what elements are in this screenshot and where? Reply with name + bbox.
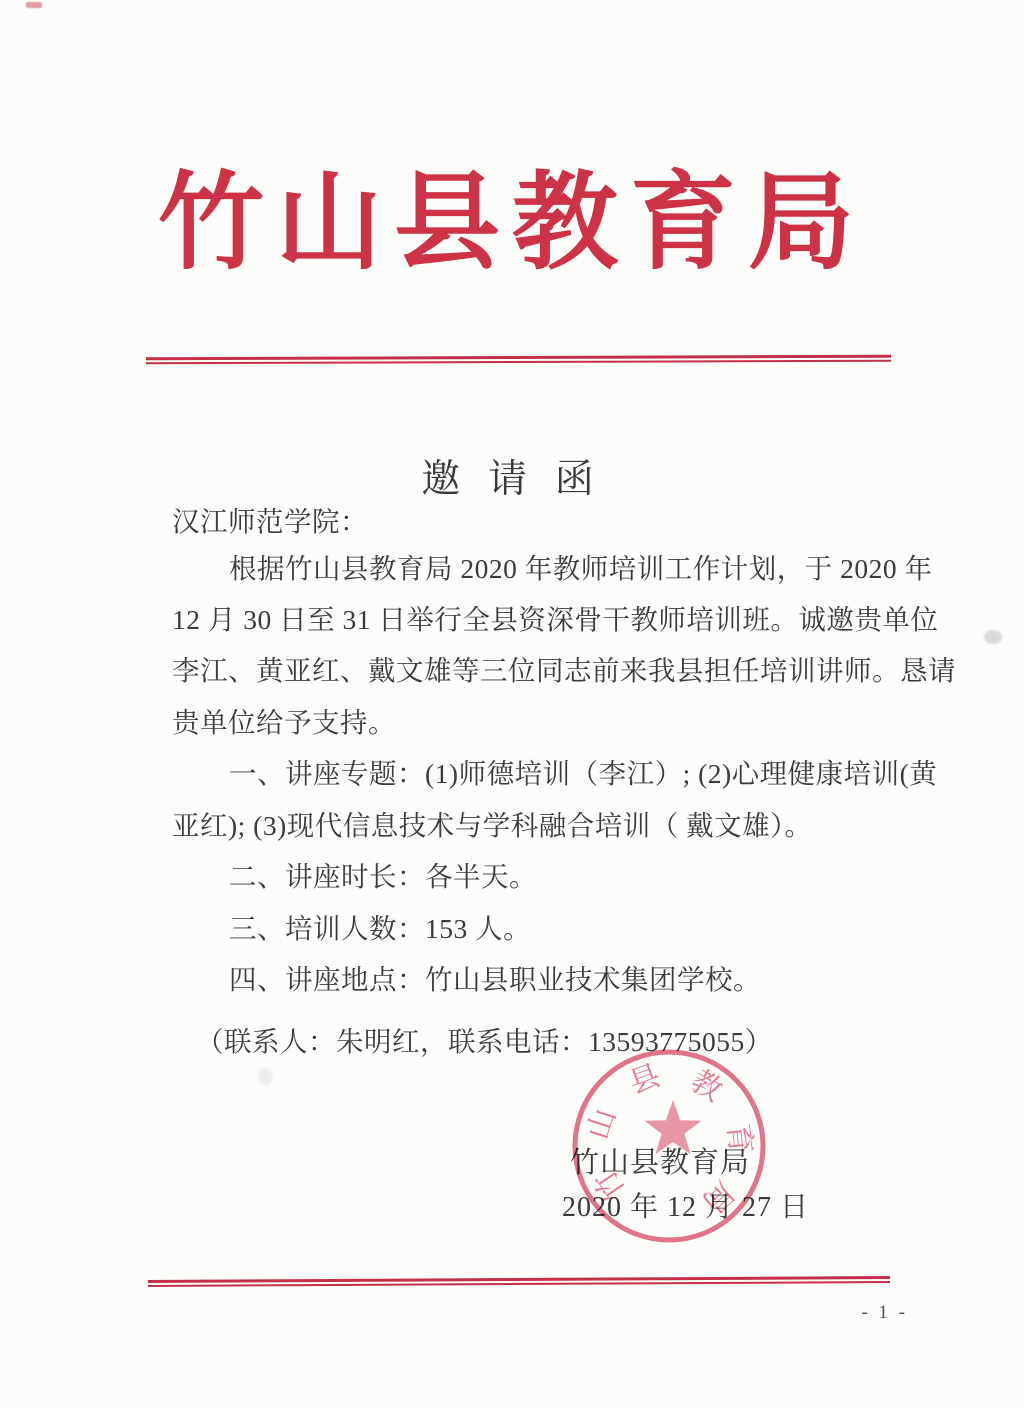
body-line: 12 月 30 日至 31 日举行全县资深骨干教师培训班。诚邀贵单位 [172,603,894,637]
contact-line: （联系人：朱明红，联系电话：13593775055） [196,1025,894,1059]
seal-char: 县 [625,1059,664,1100]
signature-date: 2020 年 12 月 27 日 [562,1185,809,1225]
scan-smudge [984,630,1002,644]
body-line: 亚红); (3)现代信息技术与学科融合培训（ 戴文雄）。 [172,809,894,843]
seal-char: 山 [581,1105,622,1144]
page-number: - 1 - [861,1302,908,1324]
body-line: 贵单位给予支持。 [172,706,894,740]
body-line: 二、讲座时长：各半天。 [172,860,894,894]
body-line: 李江、黄亚红、戴文雄等三位同志前来我县担任培训讲师。恳请 [172,654,894,688]
scan-smudge [258,1068,273,1085]
letterhead-title: 竹山县教育局 [0,158,1024,291]
signature-organization: 竹山县教育局 [570,1140,750,1181]
salutation: 汉江师范学院： [172,505,894,539]
body-line: 三、培训人数：153 人。 [172,912,894,946]
document-title: 邀 请 函 [0,448,1024,504]
scanned-letter-page: 竹山县教育局 邀 请 函 汉江师范学院： 根据竹山县教育局 2020 年教师培训… [0,0,1024,1408]
scan-speck [26,2,42,8]
body-line: 一、讲座专题：(1)师德培训（李江）; (2)心理健康培训(黄 [172,757,894,791]
footer-divider-rule [148,1276,890,1287]
seal-char: 教 [685,1064,728,1108]
body-line: 四、讲座地点：竹山县职业技术集团学校。 [172,963,894,997]
letterhead-divider-rule [146,355,891,365]
body-line: 根据竹山县教育局 2020 年教师培训工作计划，于 2020 年 [172,552,894,586]
